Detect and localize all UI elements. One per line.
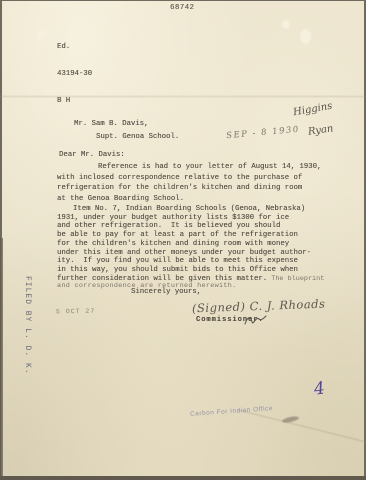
body-paragraph-1: Reference is had to your letter of Augus…: [57, 162, 309, 204]
body-line: ity. If you find you will be able to mee…: [57, 257, 315, 266]
address-line-name: Mr. Sam B. Davis,: [74, 119, 148, 130]
body-line: in this way, you should submit bids to t…: [57, 266, 315, 275]
document-number: 68742: [170, 3, 230, 14]
salutation: Dear Mr. Davis:: [59, 150, 125, 161]
address-line-title: Supt. Genoa School.: [96, 132, 179, 143]
body-line: with inclosed correspondence relative to…: [57, 173, 309, 184]
file-ref-line: B H: [57, 97, 92, 106]
body-paragraph-2: Item No. 7, Indian Boarding Schools (Gen…: [57, 205, 315, 283]
paper-crease: [0, 95, 366, 98]
file-ref-line: Ed.: [57, 43, 92, 52]
handwritten-flourish: [243, 313, 267, 327]
body-line: be able to pay for at least a part of th…: [57, 231, 315, 240]
body-line: Item No. 7, Indian Boarding Schools (Gen…: [57, 205, 315, 214]
paper-damage: [301, 30, 310, 43]
body-line: Reference is had to your letter of Augus…: [57, 162, 309, 173]
file-ref-line: 43194-30: [57, 70, 92, 79]
paper-edge-shadow: [0, 476, 366, 480]
scanned-letter: 68742 Ed. 43194-30 B H SEP - 8 1930 Higg…: [0, 0, 366, 480]
body-line: refrigeration for the children's kitchen…: [57, 183, 309, 194]
filed-stamp: FILED BY L. D. K.: [22, 276, 33, 375]
paper-edge-shadow: [0, 238, 3, 480]
body-line: and other refrigeration. It is believed …: [57, 222, 315, 231]
closing: Sincerely yours,: [131, 287, 201, 298]
paper-damage: [283, 21, 289, 28]
small-date-stamp: 5 OCT 27: [56, 307, 95, 318]
body-line: under this item and other moneys under y…: [57, 249, 315, 258]
handwritten-page-number: 4: [313, 378, 327, 399]
body-line: for the children's kitchen and dining ro…: [57, 240, 315, 249]
body-line: at the Genoa Boarding School.: [57, 194, 309, 205]
added-text-faint: The blueprint: [267, 275, 324, 283]
file-reference-block: Ed. 43194-30 B H: [57, 25, 92, 124]
